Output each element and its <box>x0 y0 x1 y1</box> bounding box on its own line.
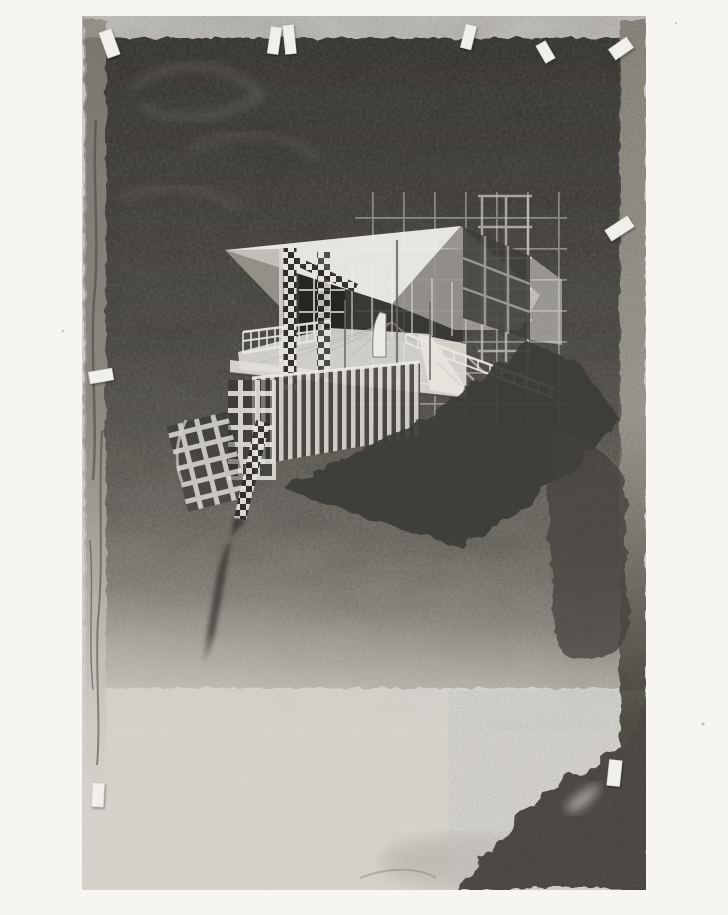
masking-tape <box>607 759 623 786</box>
sheet-grain <box>82 16 646 890</box>
masking-tape <box>91 783 104 808</box>
artwork-canvas <box>0 0 728 915</box>
artwork-photo <box>0 0 728 915</box>
